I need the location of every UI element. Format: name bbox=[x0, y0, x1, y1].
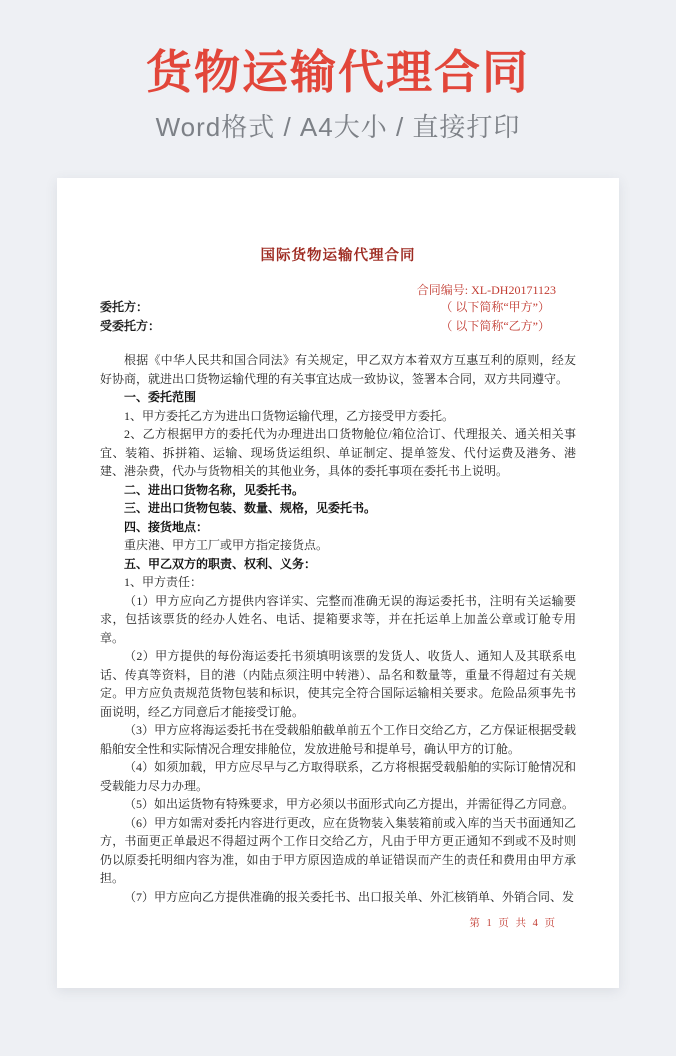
consignor-alias: （ 以下简称“甲方”） bbox=[440, 298, 550, 317]
agent-label: 受委托方： bbox=[100, 317, 160, 336]
contract-number: 合同编号: XL-DH20171123 bbox=[417, 283, 556, 297]
party-row-agent: 受委托方： （ 以下简称“乙方”） bbox=[100, 317, 576, 336]
body-paragraph: 2、乙方根据甲方的委托代为办理进出口货物舱位/箱位洽订、代理报关、通关相关事宜、… bbox=[100, 425, 576, 481]
body-paragraph: （5）如出运货物有特殊要求，甲方必须以书面形式向乙方提出，并需征得乙方同意。 bbox=[100, 795, 576, 814]
body-paragraph: （2）甲方提供的每份海运委托书须填明该票的发货人、收货人、通知人及其联系电话、传… bbox=[100, 647, 576, 721]
screenshot-root: { "header": { "title": "货物运输代理合同", "subt… bbox=[0, 0, 676, 1056]
body-paragraph: （1）甲方应向乙方提供内容详实、完整而准确无误的海运委托书，注明有关运输要求，包… bbox=[100, 592, 576, 648]
body-paragraph: （7）甲方应向乙方提供准确的报关委托书、出口报关单、外汇核销单、外销合同、发 bbox=[100, 888, 576, 907]
body-paragraph: 1、甲方委托乙方为进出口货物运输代理，乙方接受甲方委托。 bbox=[100, 407, 576, 426]
document-title: 国际货物运输代理合同 bbox=[100, 244, 576, 265]
body-paragraph: （6）甲方如需对委托内容进行更改，应在货物装入集装箱前或入库的当天书面通知乙方，… bbox=[100, 814, 576, 888]
contract-number-line: 合同编号: XL-DH20171123 bbox=[100, 281, 576, 298]
body-paragraph: 1、甲方责任： bbox=[100, 573, 576, 592]
section-heading: 一、委托范围 bbox=[100, 388, 576, 407]
section-heading: 五、甲乙双方的职责、权利、义务： bbox=[100, 555, 576, 574]
marketing-title: 货物运输代理合同 bbox=[0, 46, 676, 99]
document-page: 国际货物运输代理合同 合同编号: XL-DH20171123 委托方： （ 以下… bbox=[57, 178, 619, 988]
agent-alias: （ 以下简称“乙方”） bbox=[440, 317, 550, 336]
consignor-label: 委托方： bbox=[100, 298, 148, 317]
marketing-subtitle: Word格式 / A4大小 / 直接打印 bbox=[0, 107, 676, 144]
body-paragraph: 重庆港、甲方工厂或甲方指定接货点。 bbox=[100, 536, 576, 555]
body-paragraph: （3）甲方应将海运委托书在受载船舶截单前五个工作日交给乙方，乙方保证根据受载船舶… bbox=[100, 721, 576, 758]
marketing-header: 货物运输代理合同 Word格式 / A4大小 / 直接打印 bbox=[0, 0, 676, 144]
section-heading: 三、进出口货物包装、数量、规格，见委托书。 bbox=[100, 499, 576, 518]
document-body: 根据《中华人民共和国合同法》有关规定，甲乙双方本着双方互惠互利的原则，经友好协商… bbox=[100, 351, 576, 906]
section-heading: 二、进出口货物名称，见委托书。 bbox=[100, 481, 576, 500]
party-row-consignor: 委托方： （ 以下简称“甲方”） bbox=[100, 298, 576, 317]
section-heading: 四、接货地点： bbox=[100, 518, 576, 537]
body-paragraph: （4）如须加载，甲方应尽早与乙方取得联系，乙方将根据受载船舶的实际订舱情况和受载… bbox=[100, 758, 576, 795]
body-paragraph: 根据《中华人民共和国合同法》有关规定，甲乙双方本着双方互惠互利的原则，经友好协商… bbox=[100, 351, 576, 388]
page-number: 第 1 页 共 4 页 bbox=[469, 915, 557, 930]
